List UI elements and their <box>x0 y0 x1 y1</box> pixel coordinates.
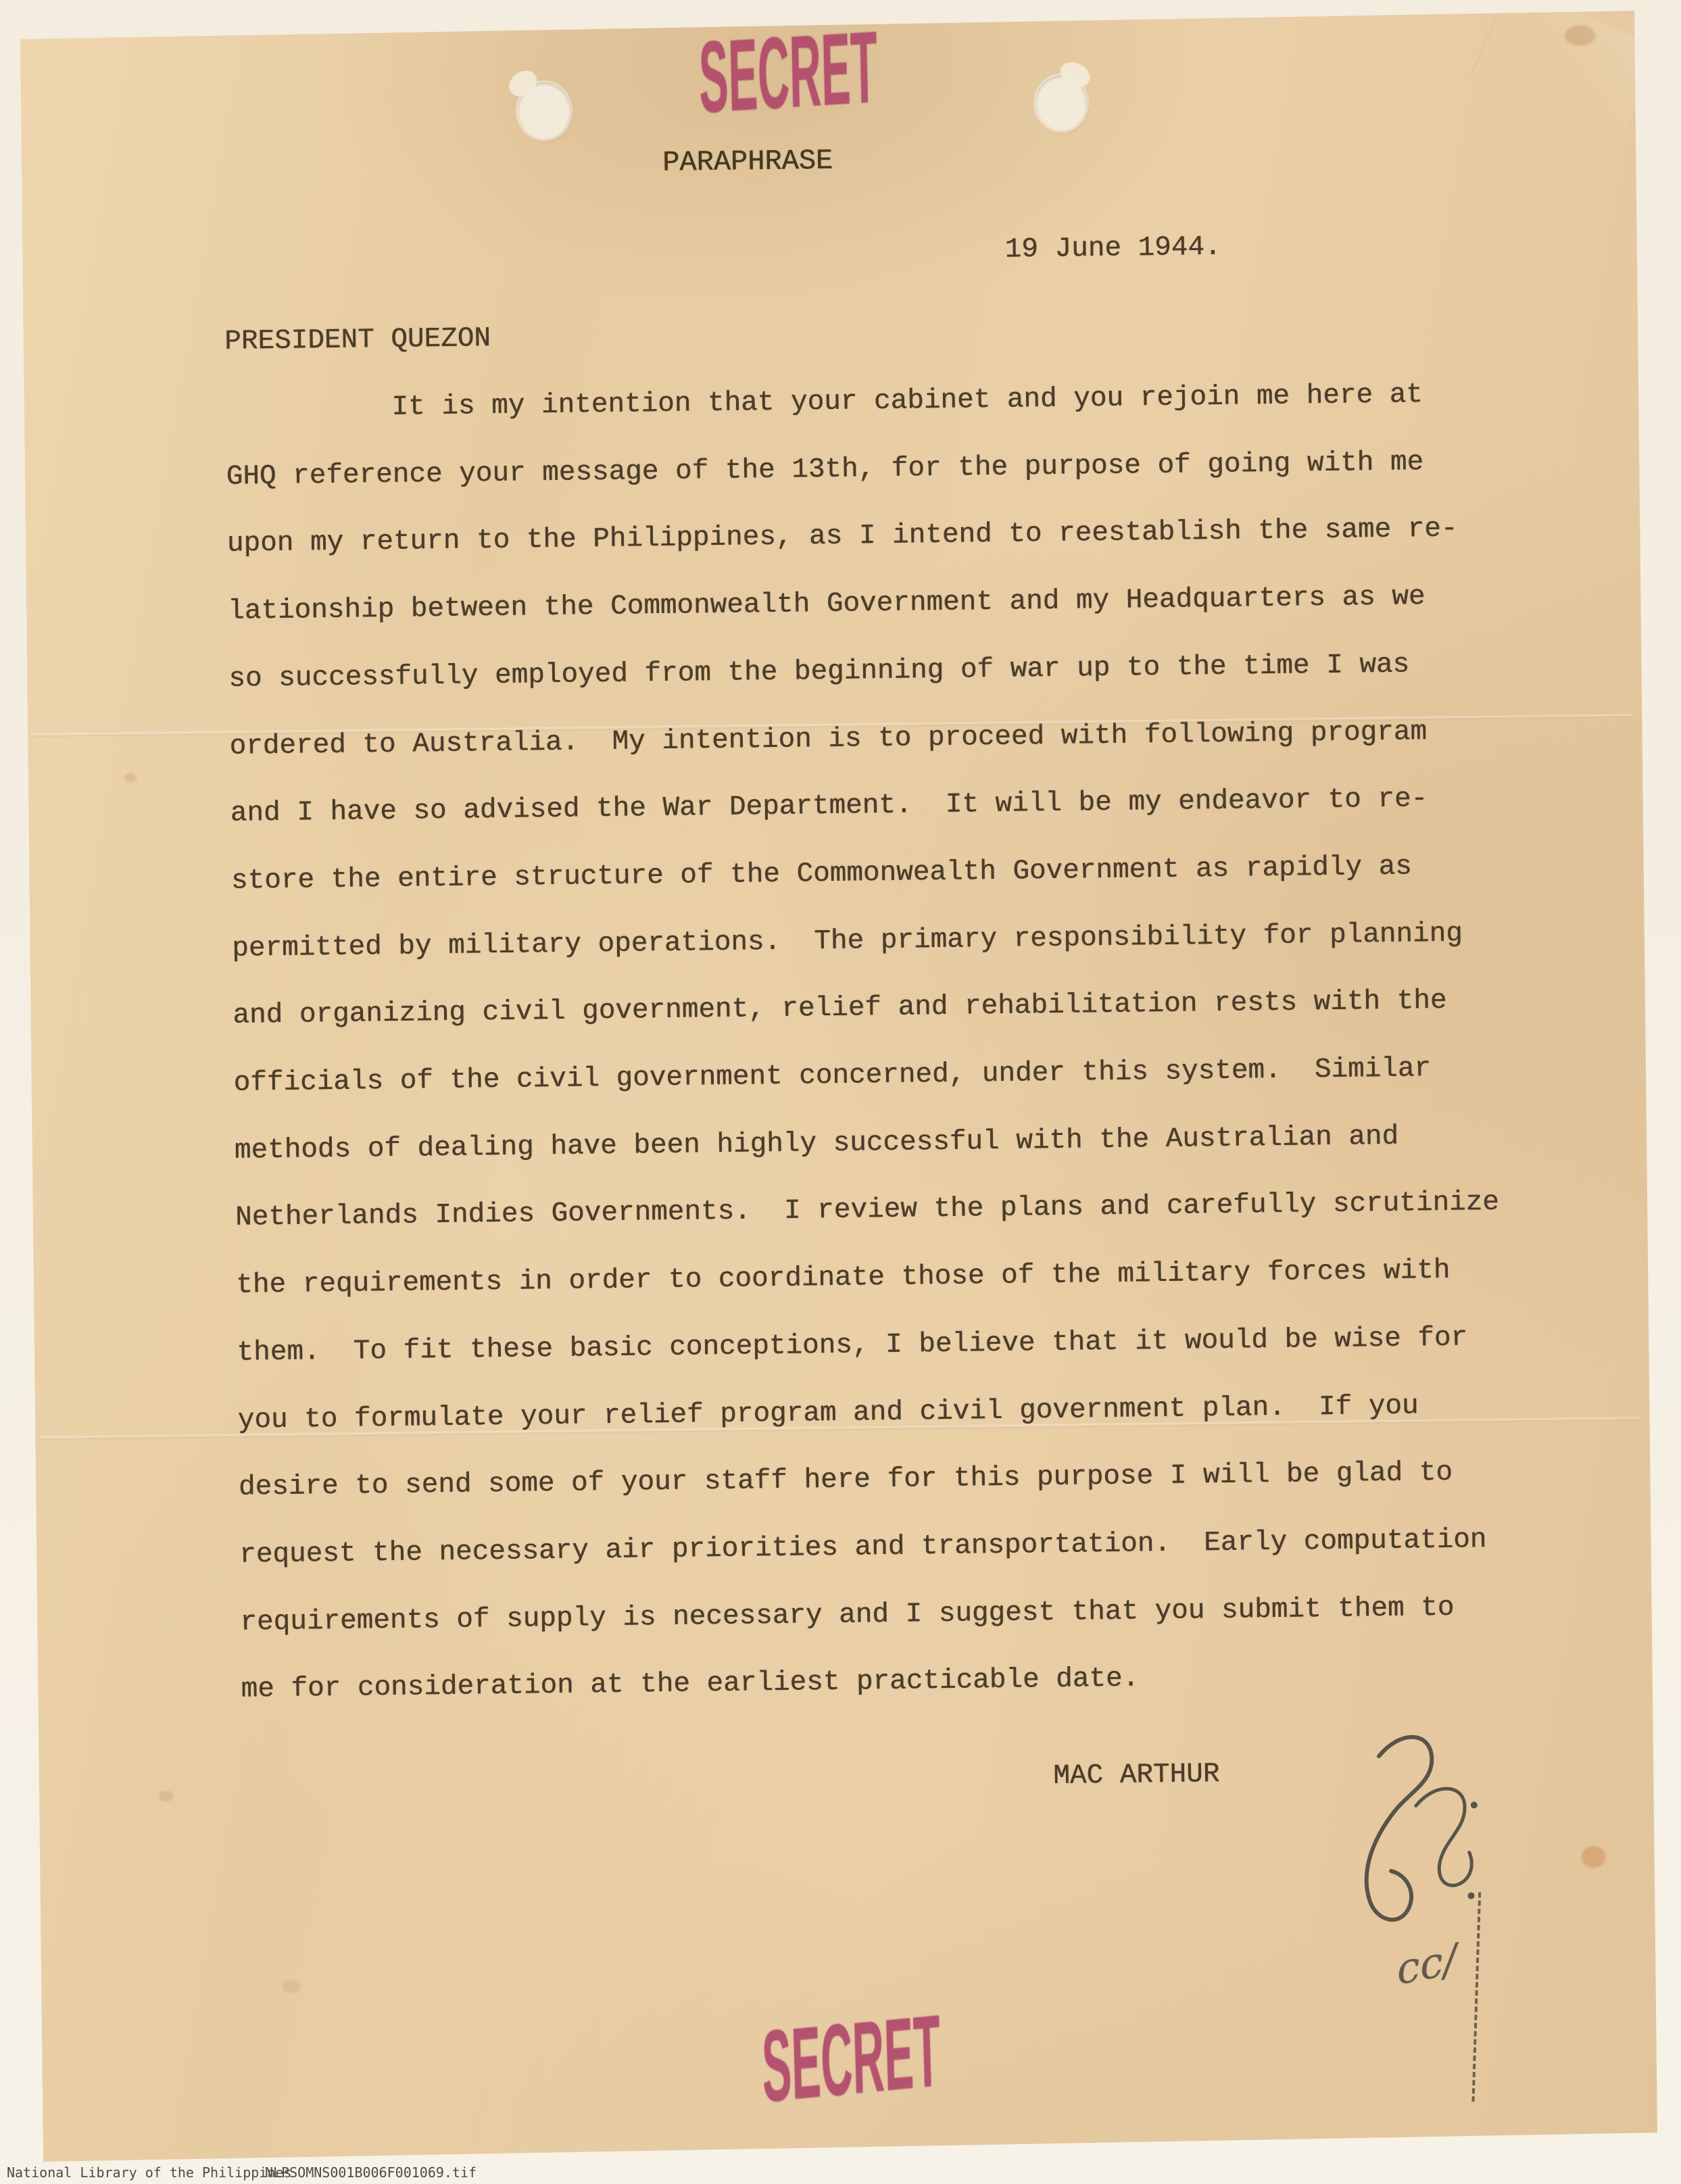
secret-stamp-top: SECRET <box>698 16 879 128</box>
stain <box>1582 1846 1606 1868</box>
body-line: upon my return to the Philippines, as I … <box>227 514 1458 560</box>
body-line: the requirements in order to coordinate … <box>236 1255 1451 1301</box>
body-line: them. To fit these basic conceptions, I … <box>237 1322 1467 1368</box>
scan-footer: National Library of the Philippines NLPS… <box>0 2162 1681 2184</box>
secret-stamp-bottom: SECRET <box>761 1999 942 2118</box>
stain <box>124 773 137 782</box>
punch-hole-left <box>518 82 571 140</box>
paper-tear <box>1056 57 1094 92</box>
letter-body: It is my intention that your cabinet and… <box>225 378 1566 1746</box>
body-line: officials of the civil government concer… <box>233 1053 1431 1099</box>
body-line: It is my intention that your cabinet and… <box>225 379 1423 425</box>
paper-tear <box>504 66 542 101</box>
body-line: methods of dealing have been highly succ… <box>235 1121 1399 1166</box>
signature-typed: MAC ARTHUR <box>1053 1759 1220 1792</box>
scanned-paper: SECRET SECRET PARAPHRASE 19 June 1944. P… <box>0 0 1681 2184</box>
stain <box>283 1980 300 1993</box>
footer-filename: NLPSOMNS001B006F001069.tif <box>265 2164 477 2181</box>
body-line: me for consideration at the earliest pra… <box>241 1664 1139 1705</box>
footer-institution: National Library of the Philippines <box>7 2164 291 2181</box>
scan-skew-layer: SECRET SECRET PARAPHRASE 19 June 1944. P… <box>0 0 1681 2184</box>
date-line: 19 June 1944. <box>1004 232 1221 266</box>
body-line: lationship between the Commonwealth Gove… <box>228 581 1426 627</box>
body-line: requirements of supply is necessary and … <box>240 1592 1455 1638</box>
stain <box>158 1791 173 1801</box>
body-line: Netherlands Indies Governments. I review… <box>235 1187 1499 1234</box>
body-line: GHQ reference your message of the 13th, … <box>226 447 1423 493</box>
body-line: permitted by military operations. The pr… <box>232 918 1463 964</box>
body-line: desire to send some of your staff here f… <box>239 1457 1453 1503</box>
recipient-line: PRESIDENT QUEZON <box>224 323 491 358</box>
body-line: request the necessary air priorities and… <box>239 1524 1487 1571</box>
paraphrase-label: PARAPHRASE <box>662 145 833 179</box>
cc-annotation: cc/ <box>1395 1934 1459 1995</box>
handwritten-signature <box>1313 1725 1492 1943</box>
scanned-document-page: SECRET SECRET PARAPHRASE 19 June 1944. P… <box>0 0 1681 2184</box>
body-line: and I have so advised the War Department… <box>230 783 1428 829</box>
body-line: and organizing civil government, relief … <box>233 986 1447 1032</box>
body-line: ordered to Australia. My intention is to… <box>229 717 1427 762</box>
punch-hole-right <box>1036 75 1088 131</box>
body-line: so successfully employed from the beginn… <box>228 649 1409 694</box>
body-line: store the entire structure of the Common… <box>231 851 1412 896</box>
